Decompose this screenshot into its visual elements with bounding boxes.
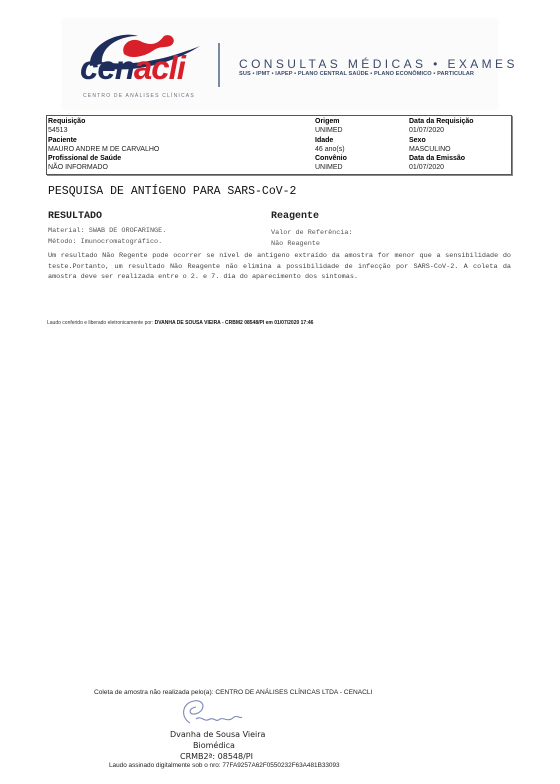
logo-wordmark: cenacli <box>80 48 185 88</box>
signer-registration: CRMB2ª: 08548/PI <box>180 752 253 761</box>
material-method: Material: SWAB DE OROFARINGE. Método: Im… <box>48 226 166 247</box>
digital-signature-hash: Laudo assinado digitalmente sob o nro: 7… <box>109 762 340 769</box>
signature-icon <box>176 697 246 733</box>
reference-value: Valor de Referência: Não Reagente <box>271 228 353 249</box>
logo-subtitle: CENTRO DE ANÁLISES CLÍNICAS <box>83 93 195 99</box>
exam-note: Um resultado Não Regente pode ocorrer se… <box>48 251 511 283</box>
origin-field: Origem UNIMED Idade 46 ano(s) Convênio U… <box>315 117 347 173</box>
brand-subtitle: SUS • IPMT • IAPEP • PLANO CENTRAL SAÚDE… <box>239 71 474 77</box>
requisition-field: Requisição 54513 Paciente MAURO ANDRE M … <box>48 117 159 173</box>
collection-note: Coleta de amostra não realizada pelo(a):… <box>94 689 372 696</box>
release-line: Laudo conferido e liberado eletronicamen… <box>47 320 313 326</box>
header-divider <box>218 43 220 87</box>
signer-name: Dvanha de Sousa Vieira <box>170 730 265 739</box>
result-heading: RESULTADO <box>48 211 102 222</box>
brand-title: CONSULTAS MÉDICAS • EXAMES <box>239 57 518 71</box>
signer-role: Biomédica <box>193 741 235 750</box>
result-value: Reagente <box>271 211 319 222</box>
dates-field: Data da Requisição 01/07/2020 Sexo MASCU… <box>409 117 474 173</box>
exam-title: PESQUISA DE ANTÍGENO PARA SARS-CoV-2 <box>48 185 296 198</box>
